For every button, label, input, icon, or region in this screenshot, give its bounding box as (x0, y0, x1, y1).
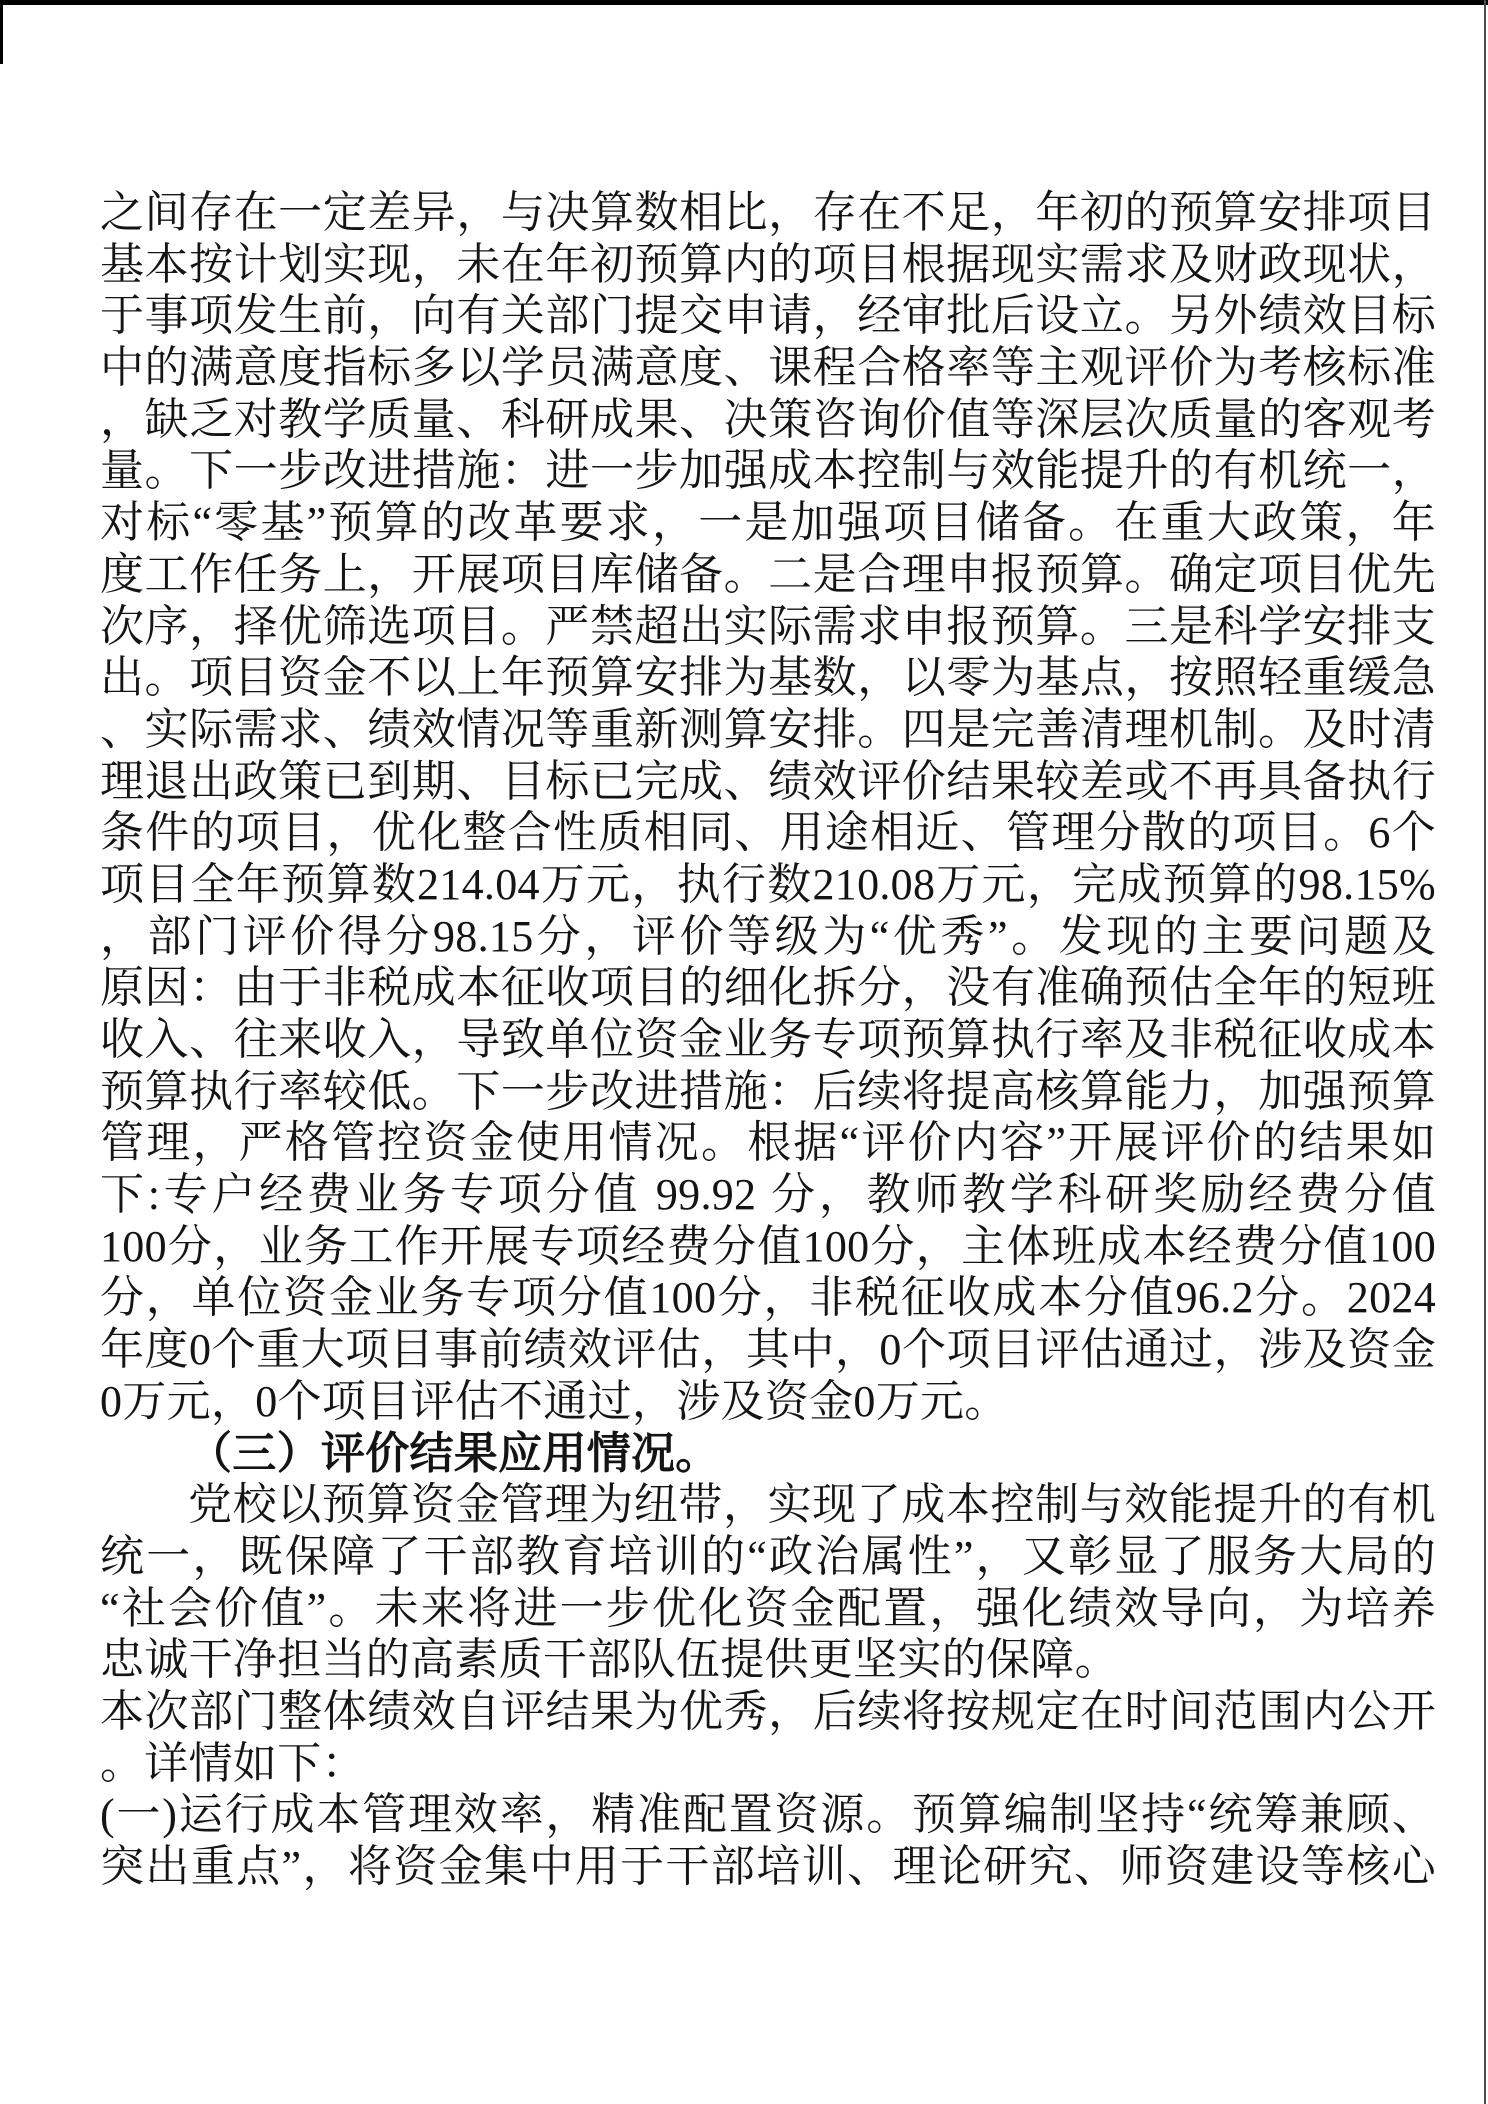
text-line: 统一，既保障了干部教育培训的“政治属性”，又彰显了服务大局的 (100, 1531, 1436, 1583)
text-line: 对标“零基”预算的改革要求，一是加强项目储备。在重大政策，年 (100, 497, 1436, 549)
text-line: 预算执行率较低。下一步改进措施：后续将提高核算能力，加强预算 (100, 1066, 1436, 1118)
text-line: 0万元，0个项目评估不通过，涉及资金0万元。 (100, 1376, 1436, 1428)
text-line: 收入、往来收入，导致单位资金业务专项预算执行率及非税征收成本 (100, 1014, 1436, 1066)
text-line: “社会价值”。未来将进一步优化资金配置，强化绩效导向，为培养 (100, 1583, 1436, 1635)
text-line: 管理，严格管控资金使用情况。根据“评价内容”开展评价的结果如 (100, 1117, 1436, 1169)
text-line: 分，单位资金业务专项分值100分，非税征收成本分值96.2分。2024 (100, 1272, 1436, 1324)
text-line: 突出重点”，将资金集中用于干部培训、理论研究、师资建设等核心 (100, 1841, 1436, 1893)
text-line: 理退出政策已到期、目标已完成、绩效评价结果较差或不再具备执行 (100, 756, 1436, 808)
text-line: 忠诚干净担当的高素质干部队伍提供更坚实的保障。 (100, 1634, 1436, 1686)
text-line: ，缺乏对教学质量、科研成果、决策咨询价值等深层次质量的客观考 (100, 394, 1436, 446)
text-line: 原因：由于非税成本征收项目的细化拆分，没有准确预估全年的短班 (100, 962, 1436, 1014)
text-line: 中的满意度指标多以学员满意度、课程合格率等主观评价为考核标准 (100, 342, 1436, 394)
text-line: ，部门评价得分98.15分，评价等级为“优秀”。发现的主要问题及 (100, 911, 1436, 963)
text-line: 量。下一步改进措施：进一步加强成本控制与效能提升的有机统一， (100, 445, 1436, 497)
text-line: 下:专户经费业务专项分值 99.92 分，教师教学科研奖励经费分值 (100, 1169, 1436, 1221)
text-line: 项目全年预算数214.04万元，执行数210.08万元，完成预算的98.15% (100, 859, 1436, 911)
text-line: 年度0个重大项目事前绩效评估，其中，0个项目评估通过，涉及资金 (100, 1324, 1436, 1376)
text-line: 出。项目资金不以上年预算安排为基数，以零为基点，按照轻重缓急 (100, 652, 1436, 704)
text-line: 党校以预算资金管理为纽带，实现了成本控制与效能提升的有机 (100, 1479, 1436, 1531)
section-heading: （三）评价结果应用情况。 (100, 1428, 1436, 1480)
text-line: 次序，择优筛选项目。严禁超出实际需求申报预算。三是科学安排支 (100, 601, 1436, 653)
text-line: 、实际需求、绩效情况等重新测算安排。四是完善清理机制。及时清 (100, 704, 1436, 756)
page-right-edge-line (1484, 0, 1486, 2104)
text-line: (一)运行成本管理效率，精准配置资源。预算编制坚持“统筹兼顾、 (100, 1789, 1436, 1841)
text-line: 条件的项目，优化整合性质相同、用途相近、管理分散的项目。6个 (100, 807, 1436, 859)
page-left-edge-line (0, 0, 3, 64)
document-body: 之间存在一定差异，与决算数相比，存在不足，年初的预算安排项目基本按计划实现，未在… (100, 187, 1436, 1893)
document-page: 之间存在一定差异，与决算数相比，存在不足，年初的预算安排项目基本按计划实现，未在… (0, 0, 1488, 2104)
text-line: 之间存在一定差异，与决算数相比，存在不足，年初的预算安排项目 (100, 187, 1436, 239)
text-line: 于事项发生前，向有关部门提交申请，经审批后设立。另外绩效目标 (100, 290, 1436, 342)
text-line: 本次部门整体绩效自评结果为优秀，后续将按规定在时间范围内公开 (100, 1686, 1436, 1738)
text-line: 度工作任务上，开展项目库储备。二是合理申报预算。确定项目优先 (100, 549, 1436, 601)
text-line: 。详情如下： (100, 1738, 1436, 1790)
text-line: 基本按计划实现，未在年初预算内的项目根据现实需求及财政现状， (100, 239, 1436, 291)
text-line: 100分，业务工作开展专项经费分值100分，主体班成本经费分值100 (100, 1221, 1436, 1273)
page-top-edge-bar (0, 0, 1488, 5)
